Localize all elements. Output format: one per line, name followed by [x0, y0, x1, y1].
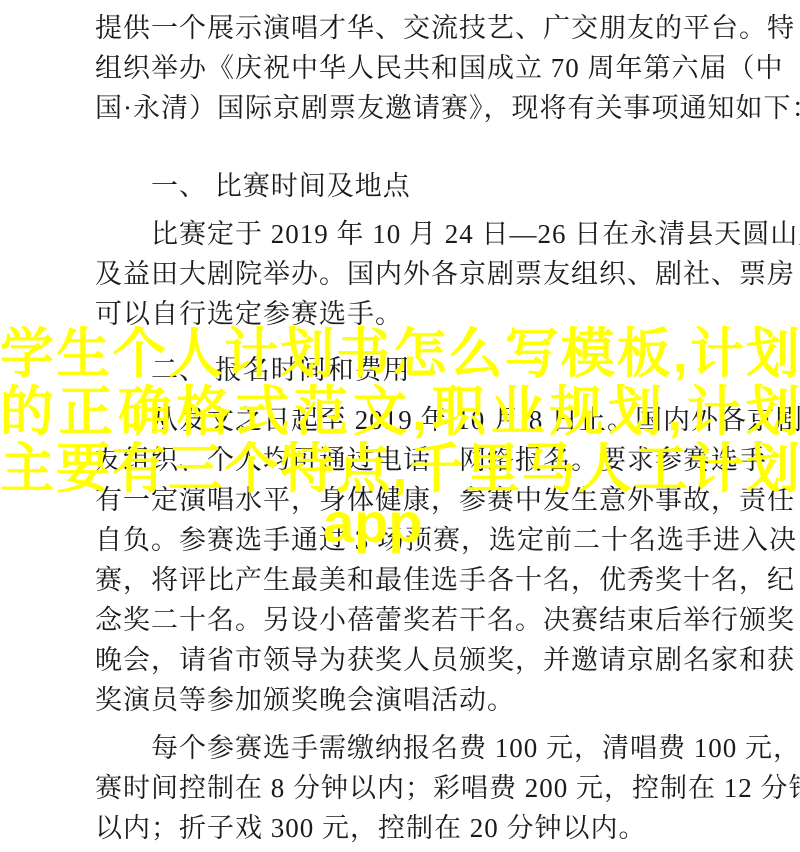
document-page: 提供一个展示演唱才华、交流技艺、广交朋友的平台。特组织举办《庆祝中华人民共和国成…: [0, 0, 800, 852]
doc-line: 赛，将评比产生最美和最佳选手各十名，优秀奖十名，纪: [95, 560, 755, 600]
watermark-char: 主: [0, 441, 54, 499]
doc-line: 念奖二十名。另设小蓓蕾奖若干名。决赛结束后举行颁奖: [95, 600, 755, 640]
doc-line: 赛时间控制在 8 分钟以内；彩唱费 200 元，控制在 12 分钟: [95, 768, 755, 808]
doc-line: 及益田大剧院举办。国内外各京剧票友组织、剧社、票房: [95, 254, 755, 294]
document-body: 提供一个展示演唱才华、交流技艺、广交朋友的平台。特组织举办《庆祝中华人民共和国成…: [95, 8, 755, 848]
doc-line: 比赛定于 2019 年 10 月 24 日—26 日在永清县天圆山庄: [95, 214, 755, 254]
doc-line: 提供一个展示演唱才华、交流技艺、广交朋友的平台。特: [95, 8, 755, 48]
doc-line: 有一定演唱水平，身体健康，参赛中发生意外事故，责任: [95, 480, 755, 520]
watermark-char: 学: [0, 326, 54, 384]
doc-line: 从发文之日起至 2019 年 10 月 8 日止。国内外各京剧票: [95, 400, 755, 440]
doc-line: 以内；折子戏 300 元，控制在 20 分钟以内。: [95, 808, 755, 848]
doc-line: 组织举办《庆祝中华人民共和国成立 70 周年第六届（中: [95, 48, 755, 88]
doc-line: 友组织、个人均可通过电话、网络报名。要求参赛选手: [95, 440, 755, 480]
doc-line: 奖演员等参加颁奖晚会演唱活动。: [95, 680, 755, 720]
doc-line: 每个参赛选手需缴纳报名费 100 元，清唱费 100 元，参: [95, 728, 755, 768]
doc-line: 自负。参赛选手通过 3 场预赛，选定前二十名选手进入决: [95, 520, 755, 560]
paragraph: 每个参赛选手需缴纳报名费 100 元，清唱费 100 元，参赛时间控制在 8 分…: [95, 728, 755, 848]
paragraph: 提供一个展示演唱才华、交流技艺、广交朋友的平台。特组织举办《庆祝中华人民共和国成…: [95, 8, 755, 128]
doc-line: 国·永清）国际京剧票友邀请赛》，现将有关事项通知如下：: [95, 88, 755, 128]
doc-line: 晚会，请省市领导为获奖人员颁奖，并邀请京剧名家和获: [95, 640, 755, 680]
watermark-app-label: app: [323, 498, 423, 548]
doc-line: 可以自行选定参赛选手。: [95, 294, 755, 334]
doc-line: 一、 比赛时间及地点: [95, 166, 755, 206]
watermark-char: 的: [0, 384, 54, 442]
section-heading: 一、 比赛时间及地点: [95, 166, 755, 206]
paragraph: 从发文之日起至 2019 年 10 月 8 日止。国内外各京剧票友组织、个人均可…: [95, 400, 755, 720]
doc-line: 二、 报名时间和费用: [95, 350, 755, 390]
paragraph: 比赛定于 2019 年 10 月 24 日—26 日在永清县天圆山庄及益田大剧院…: [95, 214, 755, 334]
section-heading: 二、 报名时间和费用: [95, 350, 755, 390]
